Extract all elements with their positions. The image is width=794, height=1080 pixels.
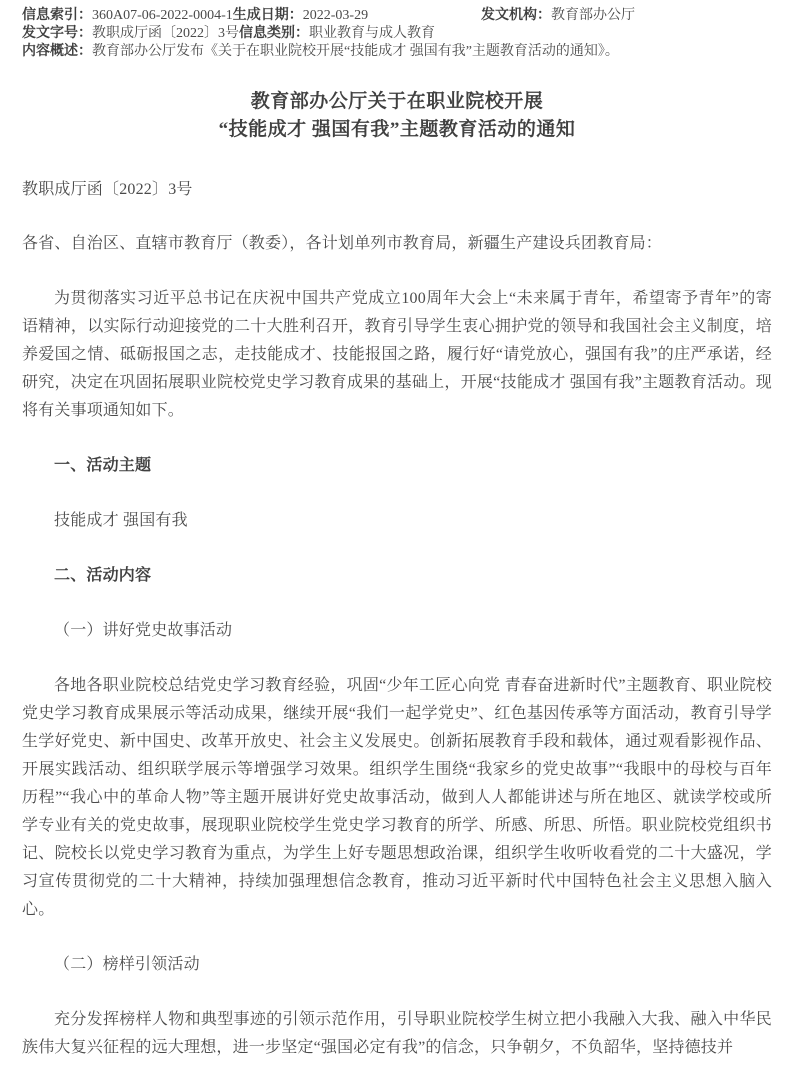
section-heading-2: 二、活动内容	[22, 562, 772, 590]
document-body: 各省、自治区、直辖市教育厅（教委），各计划单列市教育局，新疆生产建设兵团教育局：…	[22, 230, 772, 1062]
meta-value-gen-date: 2022-03-29	[303, 8, 368, 23]
meta-label-gen-date: 生成日期：	[233, 8, 303, 23]
meta-label-doc-number: 发文字号：	[22, 26, 92, 41]
meta-row-2: 发文字号：教职成厅函〔2022〕3号信息类别：职业教育与成人教育	[22, 25, 772, 43]
meta-label-summary: 内容概述：	[22, 44, 92, 59]
subsection-2-paragraph: 充分发挥榜样人物和典型事迹的引领示范作用，引导职业院校学生树立把小我融入大我、融…	[22, 1006, 772, 1062]
activity-theme: 技能成才 强国有我	[22, 507, 772, 535]
document-meta: 信息索引：360A07-06-2022-0004-1生成日期：2022-03-2…	[22, 7, 772, 61]
meta-agency-group: 发文机构：教育部办公厅	[481, 7, 635, 25]
meta-label-info-index: 信息索引：	[22, 8, 92, 23]
subsection-heading-2: （二）榜样引领活动	[22, 951, 772, 979]
meta-value-category: 职业教育与成人教育	[309, 26, 435, 41]
section-heading-1: 一、活动主题	[22, 452, 772, 480]
meta-label-category: 信息类别：	[239, 26, 309, 41]
document-title-line2: “技能成才 强国有我”主题教育活动的通知	[22, 116, 772, 144]
meta-row-1: 信息索引：360A07-06-2022-0004-1生成日期：2022-03-2…	[22, 7, 772, 25]
subsection-heading-1: （一）讲好党史故事活动	[22, 617, 772, 645]
document-title: 教育部办公厅关于在职业院校开展 “技能成才 强国有我”主题教育活动的通知	[22, 88, 772, 144]
meta-value-summary: 教育部办公厅发布《关于在职业院校开展“技能成才 强国有我”主题教育活动的通知》。	[92, 44, 619, 59]
meta-value-info-index: 360A07-06-2022-0004-1	[92, 8, 233, 23]
meta-row-3: 内容概述：教育部办公厅发布《关于在职业院校开展“技能成才 强国有我”主题教育活动…	[22, 43, 772, 61]
document-number: 教职成厅函〔2022〕3号	[22, 176, 772, 204]
document-page: 信息索引：360A07-06-2022-0004-1生成日期：2022-03-2…	[0, 0, 794, 1080]
meta-label-agency: 发文机构：	[481, 8, 551, 23]
intro-paragraph: 为贯彻落实习近平总书记在庆祝中国共产党成立100周年大会上“未来属于青年，希望寄…	[22, 285, 772, 425]
subsection-1-paragraph: 各地各职业院校总结党史学习教育经验，巩固“少年工匠心向党 青春奋进新时代”主题教…	[22, 672, 772, 924]
meta-value-agency: 教育部办公厅	[551, 8, 635, 23]
meta-value-doc-number: 教职成厅函〔2022〕3号	[92, 26, 239, 41]
document-title-line1: 教育部办公厅关于在职业院校开展	[22, 88, 772, 116]
addressee-line: 各省、自治区、直辖市教育厅（教委），各计划单列市教育局，新疆生产建设兵团教育局：	[22, 230, 772, 258]
